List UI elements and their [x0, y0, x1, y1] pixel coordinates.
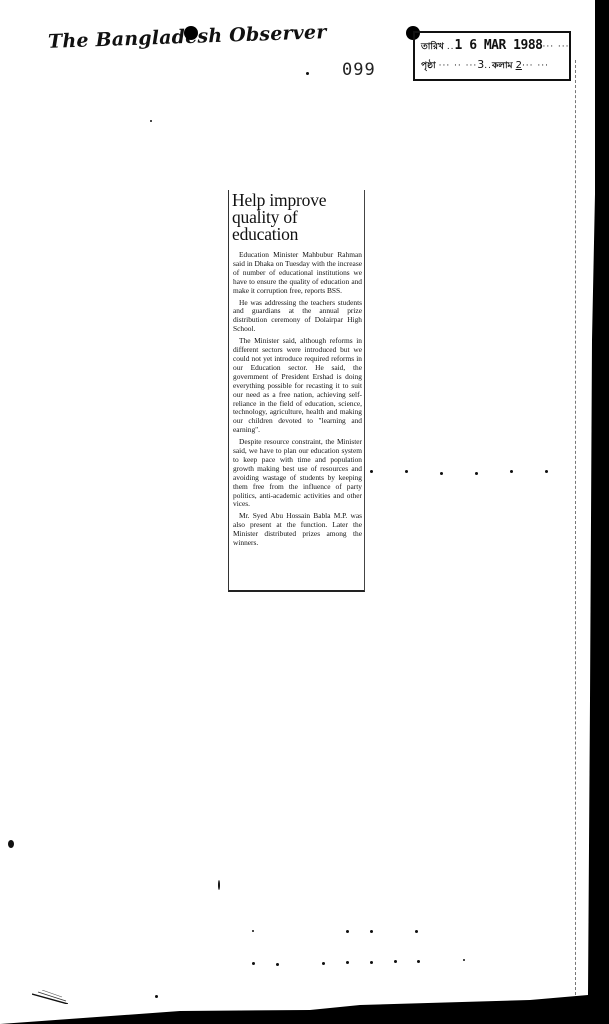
- punch-hole-icon: [184, 26, 198, 40]
- news-clipping: Help improve quality of education Educat…: [228, 190, 365, 592]
- scan-scratch-icon: [32, 990, 68, 1004]
- scan-speck: [370, 930, 373, 933]
- scan-speck: [510, 470, 513, 473]
- stamp-dots: ··· ·· ···: [439, 57, 478, 75]
- scan-speck: [218, 880, 220, 890]
- scan-speck: [322, 962, 325, 965]
- stamp-page-row: পৃষ্ঠা ··· ·· ··· 3 .. কলাম 2 ··· ···: [421, 56, 563, 75]
- scan-speck: [8, 840, 14, 848]
- stamp-page-label: পৃষ্ঠা: [421, 57, 436, 75]
- article-paragraph: Mr. Syed Abu Hossain Babla M.P. was also…: [233, 512, 362, 548]
- scan-speck: [417, 960, 420, 963]
- stamp-date-value: 1 6 MAR 1988: [455, 37, 543, 55]
- scanned-clipping-page: The Bangladesh Observer 099 তারিখ .. 1 6…: [0, 0, 609, 1024]
- archive-stamp: তারিখ .. 1 6 MAR 1988 ··· ··· পৃষ্ঠা ···…: [413, 31, 571, 81]
- article-paragraph: Education Minister Mahbubur Rahman said …: [233, 251, 362, 296]
- scan-speck: [405, 470, 408, 473]
- scan-speck: [150, 120, 152, 122]
- stamp-dots: ··· ···: [522, 57, 549, 75]
- scan-speck: [306, 72, 309, 75]
- stamp-date-label: তারিখ: [421, 38, 444, 56]
- article-paragraph: The Minister said, although reforms in d…: [233, 337, 362, 435]
- fold-line: [575, 60, 576, 995]
- article-paragraph: Despite resource constraint, the Ministe…: [233, 438, 362, 509]
- scan-speck: [252, 962, 255, 965]
- page-number: 099: [342, 60, 376, 80]
- scan-speck: [370, 961, 373, 964]
- stamp-dots: ..: [447, 38, 455, 56]
- scan-speck: [346, 961, 349, 964]
- scan-speck: [440, 472, 443, 475]
- stamp-column-label: কলাম: [492, 57, 513, 75]
- article-paragraph: He was addressing the teachers students …: [233, 299, 362, 335]
- stamp-dots: ··· ···: [542, 38, 569, 56]
- scan-speck: [475, 472, 478, 475]
- scan-speck: [252, 930, 254, 932]
- scan-speck: [394, 960, 397, 963]
- scan-speck: [463, 959, 465, 961]
- scan-speck: [276, 963, 279, 966]
- article-headline: Help improve quality of education: [229, 190, 364, 243]
- stamp-date-row: তারিখ .. 1 6 MAR 1988 ··· ···: [421, 37, 563, 56]
- scan-border: [595, 0, 609, 1024]
- scan-speck: [155, 995, 158, 998]
- scan-speck: [545, 470, 548, 473]
- article-body: Education Minister Mahbubur Rahman said …: [229, 243, 364, 548]
- scan-speck: [415, 930, 418, 933]
- scan-speck: [370, 470, 373, 473]
- stamp-page-value: 3: [477, 56, 484, 74]
- stamp-dots: ..: [484, 57, 492, 75]
- scan-speck: [346, 930, 349, 933]
